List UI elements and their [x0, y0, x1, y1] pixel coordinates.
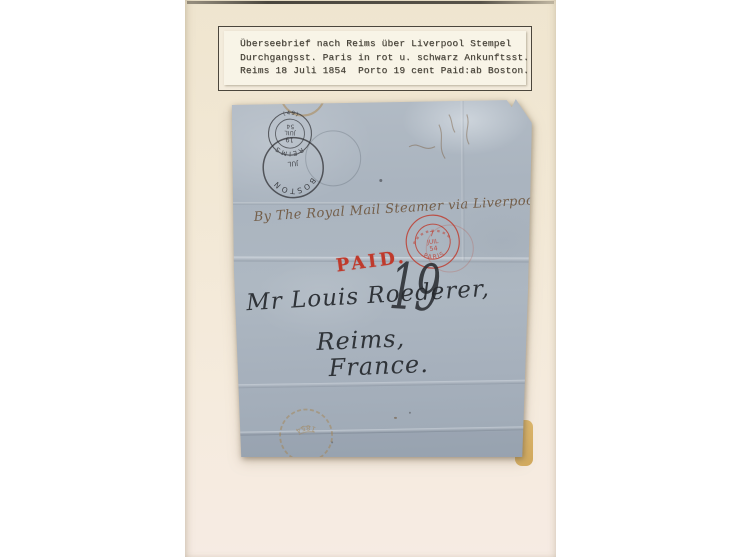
reims-postmark: (49) REIMS 19 JUIL 54: [262, 106, 317, 161]
ink-speck: [331, 441, 333, 443]
svg-text:REIMS: REIMS: [272, 144, 305, 159]
caption-line-3: Reims 18 Juli 1854 Porto 19 cent Paid:ab…: [240, 64, 526, 78]
caption-paper: Überseebrief nach Reims über Liverpool S…: [224, 31, 526, 85]
ink-scribbles: [379, 106, 490, 182]
ink-speck: [409, 412, 411, 414]
caption-box: Überseebrief nach Reims über Liverpool S…: [218, 26, 532, 91]
svg-text:(49): (49): [282, 110, 300, 119]
photo-of-album-page: { "photo": { "album_page": { "caption": …: [0, 0, 740, 557]
rate-numeral-handwriting: 19: [388, 255, 442, 322]
cover-paper: BOSTON JUL (49) REIMS 19: [229, 98, 535, 461]
svg-text:BOSTON: BOSTON: [271, 176, 319, 198]
reims-year-text: 54: [286, 122, 294, 129]
svg-text:1854: 1854: [292, 422, 318, 436]
caption-line-2: Durchgangsst. Paris in rot u. schwarz An…: [240, 51, 526, 65]
reims-dept-text: (49): [282, 110, 300, 119]
boston-month-text: JUL: [287, 159, 299, 168]
folded-letter-cover: BOSTON JUL (49) REIMS 19: [230, 99, 533, 460]
address-line-name: Mr Louis Roederer,: [246, 276, 491, 316]
address-line-country: France.: [328, 350, 429, 382]
album-page: Überseebrief nach Reims über Liverpool S…: [185, 0, 556, 557]
ink-speck: [394, 417, 397, 419]
paris-day-text: 7: [429, 230, 434, 238]
fold-crease: [225, 380, 540, 389]
faded-year-text: 1854: [292, 422, 318, 436]
caption-line-1: Überseebrief nach Reims über Liverpool S…: [240, 37, 526, 51]
reims-ring-text: REIMS: [272, 144, 305, 159]
ink-speck: [379, 179, 382, 182]
page-top-edge-line: [187, 1, 554, 4]
boston-ring-text: BOSTON: [271, 176, 319, 198]
reims-day-text: 19: [285, 135, 294, 144]
faded-orange-postmark: 1854: [273, 403, 339, 469]
